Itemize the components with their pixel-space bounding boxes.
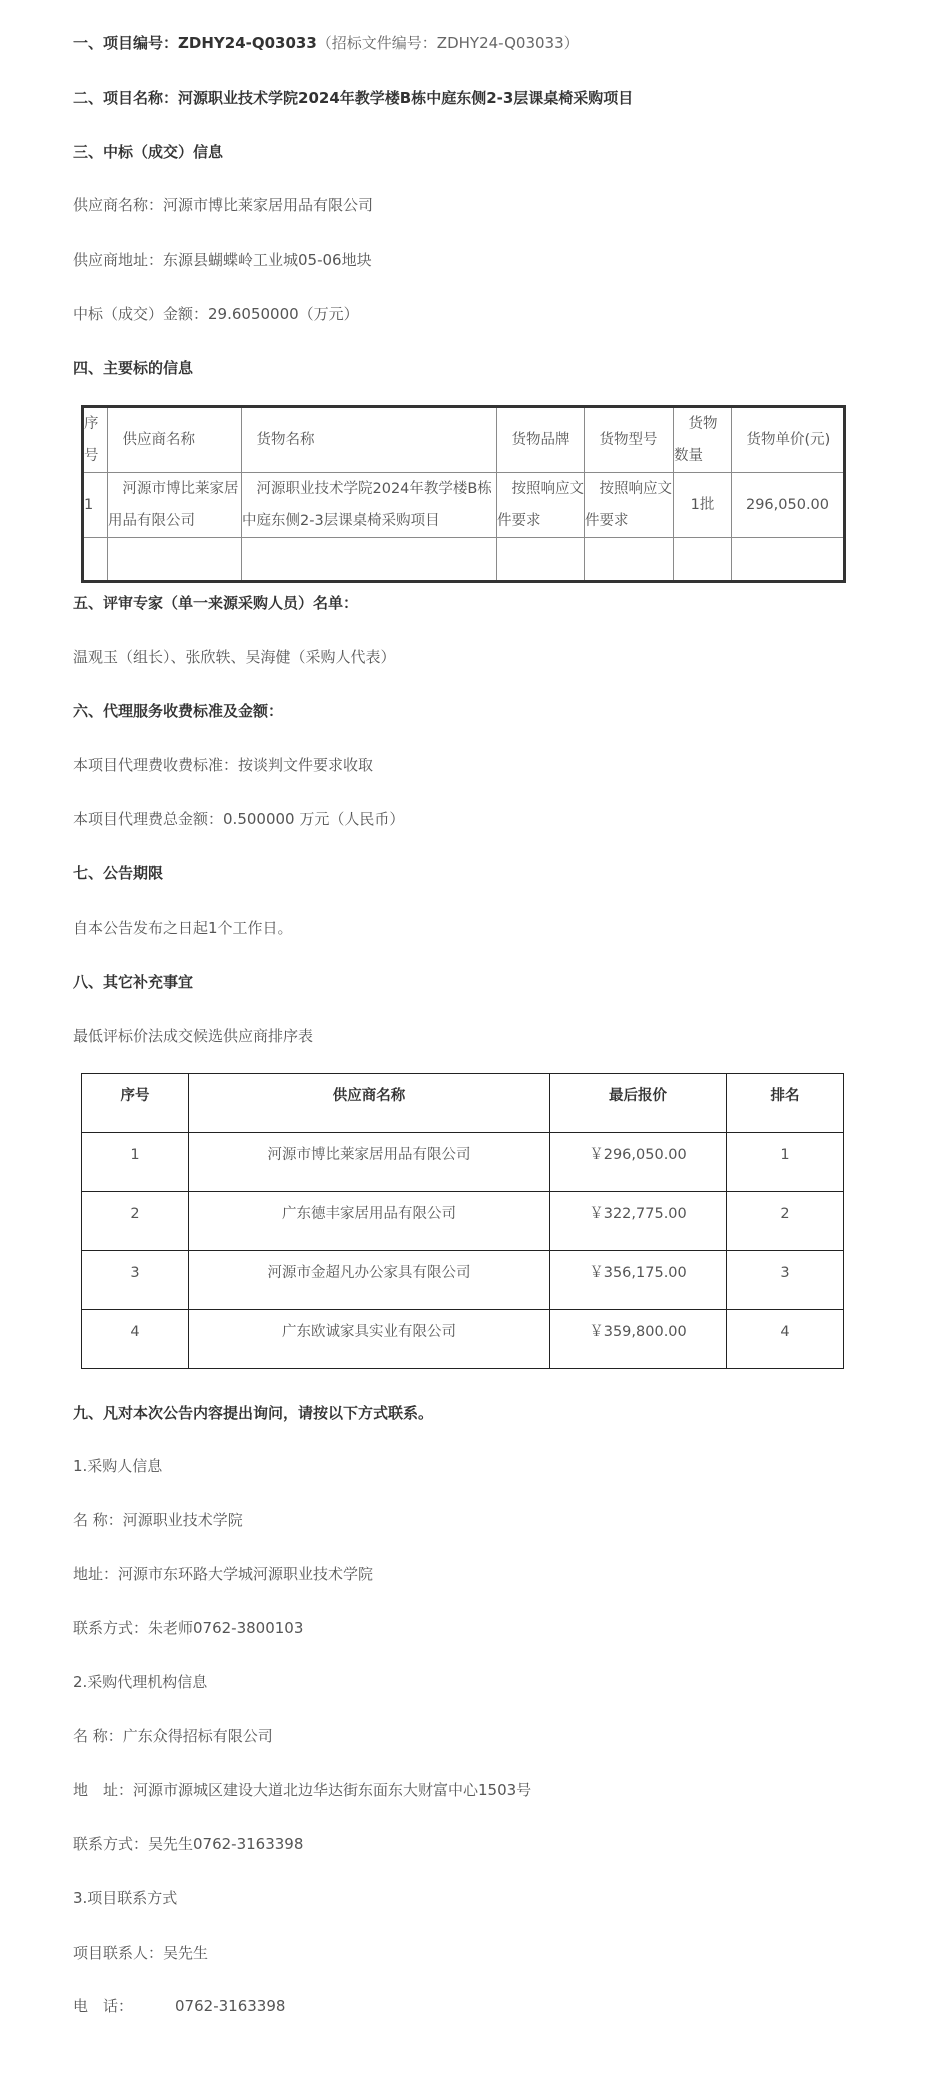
row-rank: 2 <box>727 1192 844 1251</box>
project-contact-person: 项目联系人：吴先生 <box>73 1941 208 1965</box>
row-supplier: 广东德丰家居用品有限公司 <box>189 1192 550 1251</box>
purchaser-name: 名 称：河源职业技术学院 <box>73 1508 243 1532</box>
purchaser-address: 地址：河源市东环路大学城河源职业技术学院 <box>73 1562 373 1586</box>
header-cell: 最后报价 <box>550 1074 727 1133</box>
header-cell: 序号 <box>82 1074 189 1133</box>
header-cell: 货物数量 <box>674 407 732 473</box>
award-amount: 中标（成交）金额：29.6050000（万元） <box>73 302 359 326</box>
row-supplier: 河源市博比莱家居用品有限公司 <box>189 1133 550 1192</box>
ranking-table: 序号 供应商名称 最后报价 排名 1 河源市博比莱家居用品有限公司 ￥296,0… <box>81 1073 844 1369</box>
table-row: 4 广东欧诚家具实业有限公司 ￥359,800.00 4 <box>82 1310 844 1369</box>
empty-cell <box>585 538 674 582</box>
empty-cell <box>108 538 242 582</box>
agency-fee-standard: 本项目代理费收费标准：按谈判文件要求收取 <box>73 753 373 777</box>
row-price: ￥356,175.00 <box>550 1251 727 1310</box>
header-cell: 货物名称 <box>242 407 497 473</box>
table-row: 2 广东德丰家居用品有限公司 ￥322,775.00 2 <box>82 1192 844 1251</box>
row-goods-name: 河源职业技术学院2024年教学楼B栋中庭东侧2-3层课桌椅采购项目 <box>242 473 497 538</box>
row-rank: 3 <box>727 1251 844 1310</box>
row-brand: 按照响应文件要求 <box>497 473 585 538</box>
empty-cell <box>83 538 108 582</box>
notice-period-heading: 七、公告期限 <box>73 861 163 885</box>
project-name-label: 二、项目名称： <box>73 89 178 107</box>
header-cell: 货物型号 <box>585 407 674 473</box>
award-info-heading: 三、中标（成交）信息 <box>73 140 223 164</box>
project-number-label: 一、项目编号： <box>73 34 178 52</box>
phone-number: 0762-3163398 <box>175 1997 285 2015</box>
table-row: 1 河源市博比莱家居用品有限公司 ￥296,050.00 1 <box>82 1133 844 1192</box>
project-name-heading: 二、项目名称：河源职业技术学院2024年教学楼B栋中庭东侧2-3层课桌椅采购项目 <box>73 86 633 110</box>
row-number: 1 <box>83 473 108 538</box>
row-price: ￥296,050.00 <box>550 1133 727 1192</box>
supplier-name: 供应商名称：河源市博比莱家居用品有限公司 <box>73 193 373 217</box>
supplier-address: 供应商地址：东源县蝴蝶岭工业城05-06地块 <box>73 248 372 272</box>
row-supplier: 河源市博比莱家居用品有限公司 <box>108 473 242 538</box>
header-cell: 供应商名称 <box>108 407 242 473</box>
row-number: 2 <box>82 1192 189 1251</box>
project-contact-heading: 3.项目联系方式 <box>73 1886 177 1910</box>
empty-cell <box>242 538 497 582</box>
agency-address: 地 址：河源市源城区建设大道北边华达街东面东大财富中心1503号 <box>73 1778 531 1802</box>
empty-cell <box>674 538 732 582</box>
header-cell: 货物单价(元) <box>732 407 845 473</box>
project-number-heading: 一、项目编号：ZDHY24-Q03033（招标文件编号：ZDHY24-Q0303… <box>73 31 579 55</box>
project-name-value: 河源职业技术学院2024年教学楼B栋中庭东侧2-3层课桌椅采购项目 <box>178 89 633 107</box>
header-cell: 序号 <box>83 407 108 473</box>
row-rank: 4 <box>727 1310 844 1369</box>
row-model: 按照响应文件要求 <box>585 473 674 538</box>
row-supplier: 河源市金超凡办公家具有限公司 <box>189 1251 550 1310</box>
table-header-row: 序号 供应商名称 货物名称 货物品牌 货物型号 货物数量 货物单价(元) <box>83 407 845 473</box>
purchaser-info-heading: 1.采购人信息 <box>73 1454 162 1478</box>
empty-cell <box>497 538 585 582</box>
row-unit-price: 296,050.00 <box>732 473 845 538</box>
inquiry-contact-heading: 九、凡对本次公告内容提出询问，请按以下方式联系。 <box>73 1401 433 1425</box>
project-contact-phone-row: 电 话：0762-3163398 <box>73 1994 285 2018</box>
row-price: ￥359,800.00 <box>550 1310 727 1369</box>
supplementary-heading: 八、其它补充事宜 <box>73 970 193 994</box>
empty-cell <box>732 538 845 582</box>
agency-fee-heading: 六、代理服务收费标准及金额： <box>73 699 283 723</box>
main-subject-table: 序号 供应商名称 货物名称 货物品牌 货物型号 货物数量 货物单价(元) 1 河… <box>81 405 846 583</box>
table-row-empty <box>83 538 845 582</box>
project-number-value: ZDHY24-Q03033 <box>178 34 317 52</box>
agency-contact: 联系方式：吴先生0762-3163398 <box>73 1832 303 1856</box>
header-cell: 货物品牌 <box>497 407 585 473</box>
row-rank: 1 <box>727 1133 844 1192</box>
notice-period-content: 自本公告发布之日起1个工作日。 <box>73 916 293 940</box>
table-row: 1 河源市博比莱家居用品有限公司 河源职业技术学院2024年教学楼B栋中庭东侧2… <box>83 473 845 538</box>
header-cell: 供应商名称 <box>189 1074 550 1133</box>
review-experts-list: 温观玉（组长）、张欣轶、吴海健（采购人代表） <box>73 645 396 669</box>
agency-fee-total: 本项目代理费总金额：0.500000 万元（人民币） <box>73 807 404 831</box>
row-number: 1 <box>82 1133 189 1192</box>
row-number: 4 <box>82 1310 189 1369</box>
table-row: 3 河源市金超凡办公家具有限公司 ￥356,175.00 3 <box>82 1251 844 1310</box>
row-price: ￥322,775.00 <box>550 1192 727 1251</box>
agency-name: 名 称：广东众得招标有限公司 <box>73 1724 273 1748</box>
row-supplier: 广东欧诚家具实业有限公司 <box>189 1310 550 1369</box>
agency-info-heading: 2.采购代理机构信息 <box>73 1670 207 1694</box>
tender-document-number: （招标文件编号：ZDHY24-Q03033） <box>317 34 579 52</box>
phone-label: 电 话： <box>73 1997 133 2015</box>
purchaser-contact: 联系方式：朱老师0762-3800103 <box>73 1616 303 1640</box>
row-number: 3 <box>82 1251 189 1310</box>
row-quantity: 1批 <box>674 473 732 538</box>
ranking-table-caption: 最低评标价法成交候选供应商排序表 <box>73 1024 313 1048</box>
table-header-row: 序号 供应商名称 最后报价 排名 <box>82 1074 844 1133</box>
review-experts-heading: 五、评审专家（单一来源采购人员）名单： <box>73 591 358 615</box>
header-cell: 排名 <box>727 1074 844 1133</box>
main-subject-heading: 四、主要标的信息 <box>73 356 193 380</box>
